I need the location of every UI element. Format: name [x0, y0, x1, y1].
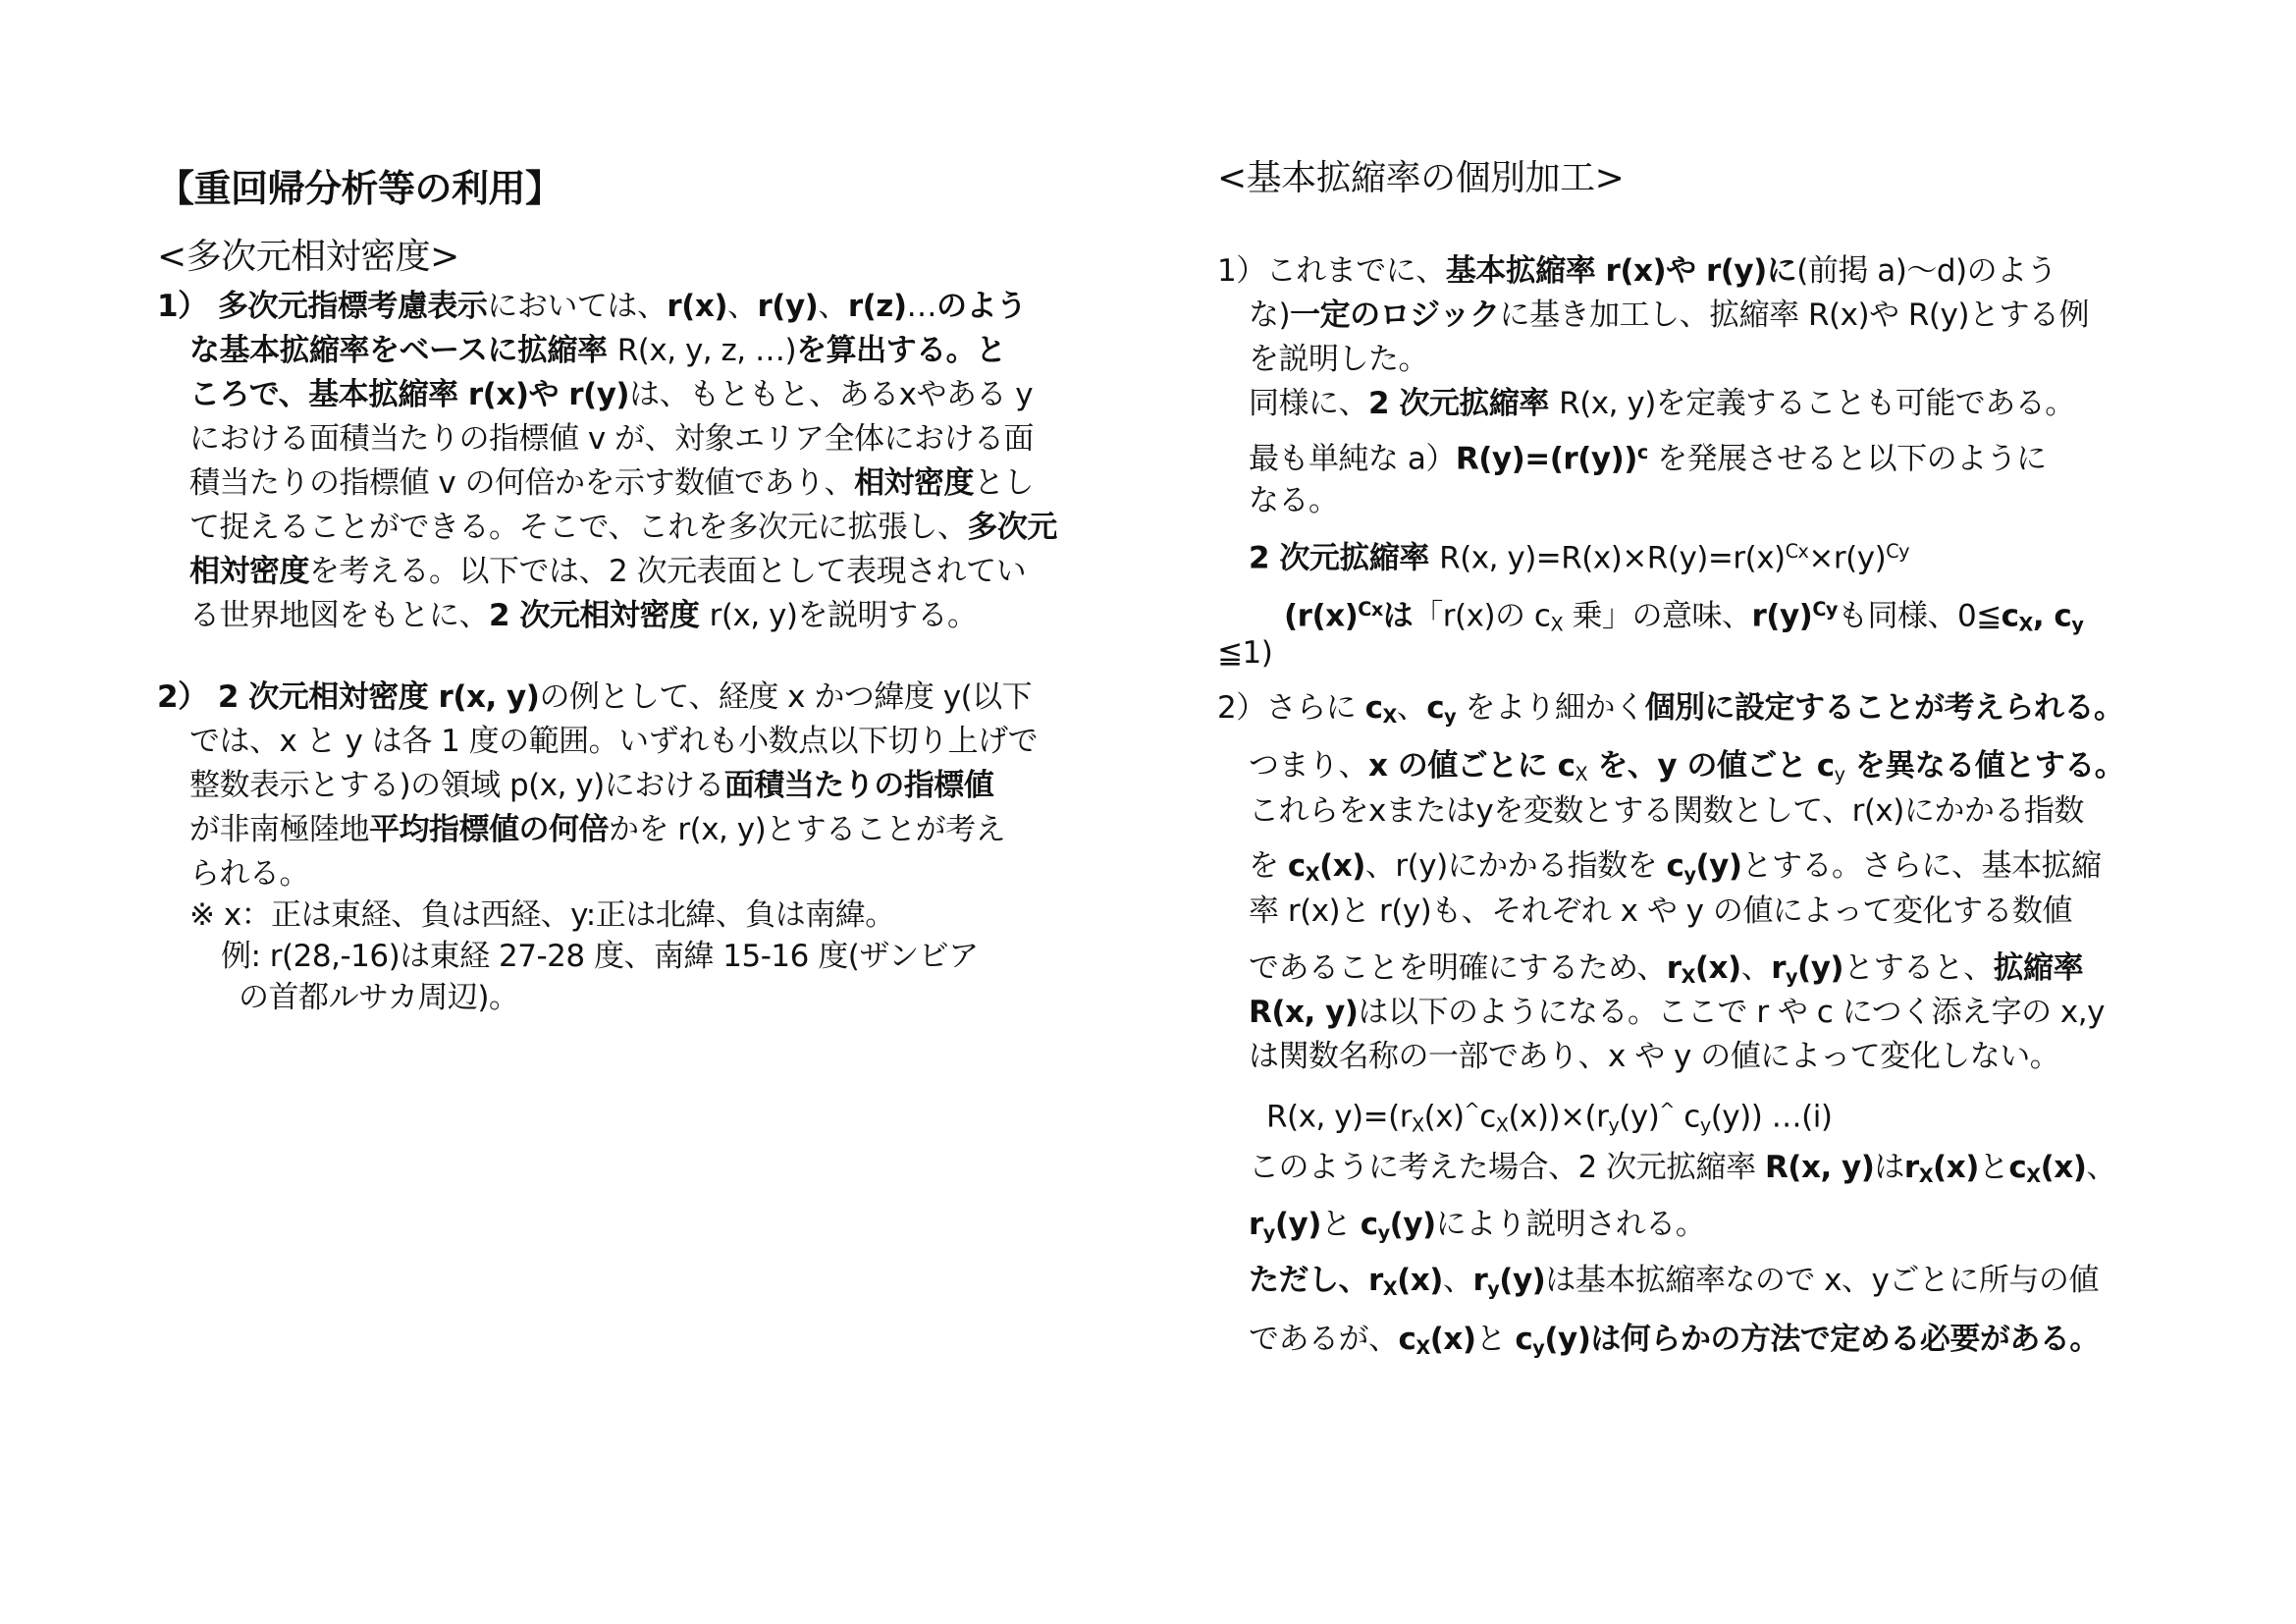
text-run: r: [1249, 1207, 1263, 1242]
left-text-line: 1） 多次元指標考慮表示においては、r(x)、r(y)、r(z)…のよう: [157, 287, 1027, 326]
text-run: 相対密度: [854, 465, 974, 501]
text-run: 一定のロジック: [1290, 298, 1500, 333]
text-run: y: [1487, 1277, 1499, 1300]
text-run: を、y の値ごと c: [1587, 748, 1834, 784]
text-run: c: [1667, 848, 1684, 884]
text-run: は関数名称の一部であり、x や y の値によって変化しない。: [1249, 1039, 2059, 1074]
text-run: 平均指標値の何倍: [369, 812, 609, 847]
text-run: のよう: [936, 289, 1027, 324]
text-run: 率 r(x)と r(y)も、それぞれ x や y の値によって変化する数値: [1249, 893, 2072, 929]
left-subsection-title: <多次元相対密度>: [157, 238, 459, 277]
text-run: つまり、: [1249, 748, 1368, 784]
text-run: に基き加工し、拡縮率 R(x)や R(y)とする例: [1500, 298, 2089, 333]
text-run: X: [1682, 965, 1695, 988]
text-run: 基本拡縮率 r(x)や r(y)に: [1446, 253, 1797, 289]
right-text-line: であることを明確にするため、rX(x)、ry(y)とすると、拡縮率: [1249, 948, 2083, 997]
left-text-line: 2） 2 次元相対密度 r(x, y)の例として、経度 x かつ緯度 y(以下: [157, 677, 1032, 717]
text-run: を定義することも可能である。: [1656, 386, 2075, 421]
text-run: X: [1496, 1113, 1509, 1136]
text-run: c: [1399, 1322, 1416, 1357]
text-run: な基本拡縮率をベースに拡縮率: [189, 333, 617, 368]
text-run: 「r(x)の c: [1413, 599, 1550, 634]
text-run: X: [1412, 1113, 1424, 1136]
text-run: ただし、: [1249, 1263, 1368, 1298]
text-run: をより細かく: [1456, 690, 1644, 726]
text-run: R(y)=(r(y)): [1456, 442, 1637, 477]
text-run: と: [1476, 1322, 1516, 1357]
text-run: 個別に設定することが考えられる。: [1645, 690, 2124, 726]
right-text-line: な)一定のロジックに基き加工し、拡縮率 R(x)や R(y)とする例: [1249, 296, 2089, 335]
text-run: y: [1378, 1221, 1390, 1244]
text-run: (x))×(r: [1508, 1100, 1608, 1135]
text-run: とすると、: [1843, 950, 1994, 986]
text-run: 2 次元相対密度: [218, 679, 439, 715]
left-text-line: の首都ルサカ周辺)。: [239, 978, 518, 1017]
text-run: 、: [1443, 1263, 1473, 1298]
text-run: R(x, y)=(r: [1266, 1100, 1412, 1135]
text-run: (x): [1397, 1263, 1443, 1298]
text-run: 2 次元相対密度: [489, 598, 710, 633]
text-run: y: [1444, 705, 1456, 728]
right-text-line: 2 次元拡縮率 R(x, y)=R(x)×R(y)=r(x)Cx×r(y)Cy: [1249, 532, 1909, 578]
text-run: 、: [2086, 1150, 2116, 1185]
text-run: (y)) …(i): [1711, 1100, 1833, 1135]
text-run: c: [1361, 1207, 1378, 1242]
text-run: c: [1365, 690, 1383, 726]
text-run: では、x と y は各 1 度の範囲。いずれも小数点以下切り上げで: [189, 724, 1038, 759]
text-run: (y): [1499, 1263, 1545, 1298]
text-run: c: [1426, 690, 1444, 726]
text-run: r: [1368, 1263, 1383, 1298]
left-text-line: る世界地図をもとに、2 次元相対密度 r(x, y)を説明する。: [189, 596, 978, 635]
text-run: ころで、基本拡縮率 r(x)や r(y): [189, 377, 629, 412]
text-run: このように考えた場合、2 次元拡縮率: [1249, 1150, 1765, 1185]
text-run: は: [1874, 1150, 1904, 1185]
text-run: を説明した。: [1249, 342, 1428, 377]
text-run: R(x, y): [1765, 1150, 1874, 1185]
text-run: は以下のようになる。ここで r や c につく添え字の x,y: [1358, 995, 2104, 1030]
right-text-line: このように考えた場合、2 次元拡縮率 R(x, y)はrX(x)とcX(x)、: [1249, 1148, 2116, 1196]
text-run: 面積当たりの指標値: [724, 768, 994, 803]
right-text-line: ≦1): [1217, 633, 1272, 673]
text-run: (y): [1619, 1100, 1659, 1135]
text-run: X: [1306, 863, 1319, 886]
text-run: X: [1415, 1336, 1429, 1359]
text-run: により説明される。: [1436, 1207, 1706, 1242]
text-run: と: [1979, 1150, 2009, 1185]
text-run: は、もともと、あるxやある y: [629, 377, 1033, 412]
text-run: X: [1383, 1277, 1397, 1300]
text-run: 多次元: [967, 510, 1057, 545]
text-run: も同様、0≦: [1838, 599, 2002, 634]
text-run: (x): [1319, 848, 1365, 884]
text-run: c: [2008, 1150, 2026, 1185]
text-run: x の値ごとに c: [1368, 748, 1575, 784]
text-run: (r(x): [1284, 599, 1358, 634]
right-text-line: を説明した。: [1249, 340, 1428, 379]
text-run: 、: [818, 289, 848, 324]
text-run: 相対密度: [189, 554, 309, 589]
text-run: ^: [1465, 1099, 1480, 1121]
text-run: 1）: [157, 289, 218, 324]
left-text-line: ※ x：正は東経、負は西経、y:正は北緯、負は南緯。: [189, 895, 895, 935]
text-run: られる。: [189, 856, 309, 892]
text-run: ※ x：正は東経、負は西経、y:正は北緯、負は南緯。: [189, 897, 895, 933]
right-text-line: (r(x)Cxは「r(x)の cX 乗」の意味、r(y)Cyも同様、0≦cX, …: [1284, 590, 2083, 644]
text-run: の首都ルサカ周辺)。: [239, 980, 518, 1015]
text-run: (y): [1544, 1322, 1590, 1357]
right-text-line: これらをxまたはyを変数とする関数として、r(x)にかかる指数: [1249, 791, 2084, 831]
text-run: かを r(x, y)とすることが考え: [609, 812, 1005, 847]
text-run: 2 次元拡縮率: [1368, 386, 1559, 421]
text-run: なる。: [1249, 483, 1339, 518]
left-text-line: な基本拡縮率をベースに拡縮率 R(x, y, z, …)を算出する。と: [189, 331, 1006, 370]
text-run: y: [2071, 613, 2083, 635]
text-run: であることを明確にするため、: [1249, 950, 1667, 986]
text-run: y: [1532, 1336, 1544, 1359]
text-run: (x): [1424, 1100, 1465, 1135]
text-run: の例として、経度 x かつ緯度 y(以下: [539, 679, 1032, 715]
left-text-line: 相対密度を考える。以下では、2 次元表面として表現されてい: [189, 552, 1026, 591]
right-text-line: ただし、rX(x)、ry(y)は基本拡縮率なので x、yごとに所与の値: [1249, 1261, 2099, 1309]
text-run: を発展させると以下のように: [1648, 442, 2047, 477]
right-text-line: は関数名称の一部であり、x や y の値によって変化しない。: [1249, 1037, 2059, 1076]
text-run: r(z): [848, 289, 907, 324]
right-text-line: R(x, y)=(rX(x)^cX(x))×(ry(y)^ cy(y)) …(i…: [1266, 1091, 1833, 1145]
text-run: 2）: [157, 679, 218, 715]
right-text-line: R(x, y)は以下のようになる。ここで r や c につく添え字の x,y: [1249, 993, 2105, 1032]
text-run: は何らかの方法で定める必要がある。: [1590, 1322, 2100, 1357]
text-run: R(x, y, z, …): [617, 333, 796, 368]
text-run: 同様に、: [1249, 386, 1368, 421]
text-run: R(x, y): [1249, 995, 1358, 1030]
right-text-line: を cX(x)、r(y)にかかる指数を cy(y)とする。さらに、基本拡縮: [1249, 846, 2102, 894]
text-run: y: [1700, 1113, 1711, 1136]
text-run: が非南極陸地: [189, 812, 369, 847]
left-text-line: 例: r(28,-16)は東経 27-28 度、南緯 15-16 度(ザンビア: [221, 937, 979, 976]
text-run: ≦1): [1217, 635, 1272, 671]
text-run: y: [1835, 763, 1845, 785]
right-text-line: 2）さらに cX、cy をより細かく個別に設定することが考えられる。: [1217, 688, 2124, 736]
text-run: (y): [1797, 950, 1843, 986]
text-run: 積当たりの指標値 v の何倍かを示す数値であり、: [189, 465, 854, 501]
text-run: Cx: [1358, 598, 1382, 621]
left-text-line: 積当たりの指標値 v の何倍かを示す数値であり、相対密度とし: [189, 463, 1034, 503]
text-run: とする。さらに、基本拡縮: [1742, 848, 2102, 884]
text-run: を考える。以下では、2 次元表面として表現されてい: [309, 554, 1026, 589]
text-run: 整数表示とする)の領域 p(x, y)における: [189, 768, 724, 803]
text-run: とし: [974, 465, 1034, 501]
text-run: を: [1249, 848, 1288, 884]
text-run: (x): [1430, 1322, 1476, 1357]
right-text-line: 同様に、2 次元拡縮率 R(x, y)を定義することも可能である。: [1249, 384, 2075, 423]
text-run: r(x): [667, 289, 727, 324]
text-run: 乗」の意味、: [1563, 599, 1751, 634]
right-text-line: ry(y)と cy(y)により説明される。: [1249, 1205, 1705, 1253]
left-text-line: における面積当たりの指標値 v が、対象エリア全体における面: [189, 419, 1034, 459]
text-run: r(x, y): [710, 598, 798, 633]
text-run: であるが、: [1249, 1322, 1399, 1357]
text-run: 1）これまでに、: [1217, 253, 1446, 289]
text-run: を説明する。: [798, 598, 978, 633]
text-run: 拡縮率: [1994, 950, 2084, 986]
text-run: r(x, y): [439, 679, 540, 715]
text-run: c: [1637, 441, 1648, 463]
right-text-line: であるが、cX(x)と cy(y)は何らかの方法で定める必要がある。: [1249, 1320, 2100, 1368]
text-run: な): [1249, 298, 1290, 333]
text-run: y: [1683, 863, 1695, 886]
text-run: Cy: [1812, 598, 1838, 621]
text-run: は基本拡縮率なので x、yごとに所与の値: [1545, 1263, 2099, 1298]
text-run: X: [2026, 1164, 2040, 1187]
text-run: と: [1321, 1207, 1361, 1242]
text-run: 、r(y)にかかる指数を: [1365, 848, 1667, 884]
text-run: c: [1515, 1322, 1532, 1357]
text-run: r: [1904, 1150, 1919, 1185]
right-text-line: 最も単純な a）R(y)=(r(y))c を発展させると以下のように: [1249, 433, 2047, 479]
text-run: y: [1608, 1113, 1619, 1136]
text-run: c: [1288, 848, 1306, 884]
text-run: ×r(y): [1808, 541, 1886, 576]
left-text-line: て捉えることができる。そこで、これを多次元に拡張し、多次元: [189, 508, 1057, 547]
right-text-line: なる。: [1249, 481, 1339, 520]
right-text-line: 率 r(x)と r(y)も、それぞれ x や y の値によって変化する数値: [1249, 892, 2072, 931]
text-run: c: [1675, 1100, 1700, 1135]
text-run: においては、: [487, 289, 667, 324]
text-run: X: [1382, 705, 1396, 728]
text-run: 最も単純な a）: [1249, 442, 1456, 477]
text-run: て捉えることができる。そこで、これを多次元に拡張し、: [189, 510, 967, 545]
right-text-line: 1）これまでに、基本拡縮率 r(x)や r(y)に(前掲 a)～d)のよう: [1217, 251, 2056, 291]
text-run: 、: [1741, 950, 1772, 986]
text-run: X: [2019, 613, 2033, 635]
text-run: X: [1919, 1164, 1933, 1187]
text-run: c: [1479, 1100, 1496, 1135]
text-run: X: [1550, 613, 1563, 635]
left-text-line: では、x と y は各 1 度の範囲。いずれも小数点以下切り上げで: [189, 722, 1038, 761]
text-run: y: [1786, 965, 1797, 988]
text-run: ^: [1659, 1099, 1675, 1121]
text-run: 2）さらに: [1217, 690, 1365, 726]
text-run: における面積当たりの指標値 v が、対象エリア全体における面: [189, 421, 1034, 457]
text-run: Cy: [1886, 540, 1909, 563]
text-run: , c: [2033, 599, 2071, 634]
text-run: る世界地図をもとに、: [189, 598, 489, 633]
text-run: (前掲 a)～d)のよう: [1796, 253, 2056, 289]
text-run: Cx: [1786, 540, 1809, 563]
text-run: は: [1383, 599, 1414, 634]
text-run: …: [907, 289, 937, 324]
left-text-line: ころで、基本拡縮率 r(x)や r(y)は、もともと、あるxやある y: [189, 375, 1033, 414]
text-run: 多次元指標考慮表示: [218, 289, 488, 324]
text-run: (x): [1695, 950, 1741, 986]
text-run: r(y): [1751, 599, 1812, 634]
text-run: (y): [1275, 1207, 1321, 1242]
right-section-title: <基本拡縮率の個別加工>: [1217, 159, 1624, 198]
text-run: R(x, y)=R(x)×R(y)=r(x): [1439, 541, 1785, 576]
left-text-line: 整数表示とする)の領域 p(x, y)における面積当たりの指標値: [189, 766, 993, 805]
text-run: 、: [727, 289, 758, 324]
text-run: (x): [2041, 1150, 2087, 1185]
text-run: を算出する。と: [796, 333, 1006, 368]
text-run: r: [1667, 950, 1682, 986]
left-text-line: が非南極陸地平均指標値の何倍かを r(x, y)とすることが考え: [189, 810, 1005, 849]
text-run: (y): [1695, 848, 1741, 884]
text-run: (y): [1390, 1207, 1436, 1242]
text-run: (x): [1933, 1150, 1979, 1185]
text-run: R(x, y): [1559, 386, 1656, 421]
text-run: 、: [1397, 690, 1427, 726]
text-run: これらをxまたはyを変数とする関数として、r(x)にかかる指数: [1249, 793, 2084, 829]
text-run: r(y): [758, 289, 819, 324]
text-run: を異なる値とする。: [1844, 748, 2124, 784]
left-text-line: られる。: [189, 854, 309, 893]
text-run: c: [2002, 599, 2019, 634]
text-run: 例: r(28,-16)は東経 27-28 度、南緯 15-16 度(ザンビア: [221, 939, 979, 974]
text-run: r: [1771, 950, 1786, 986]
right-text-line: つまり、x の値ごとに cX を、y の値ごと cy を異なる値とする。: [1249, 746, 2124, 794]
text-run: r: [1472, 1263, 1487, 1298]
text-run: y: [1263, 1221, 1275, 1244]
text-run: 2 次元拡縮率: [1249, 541, 1439, 576]
text-run: X: [1575, 763, 1587, 785]
left-section-title: 【重回帰分析等の利用】: [157, 169, 562, 208]
